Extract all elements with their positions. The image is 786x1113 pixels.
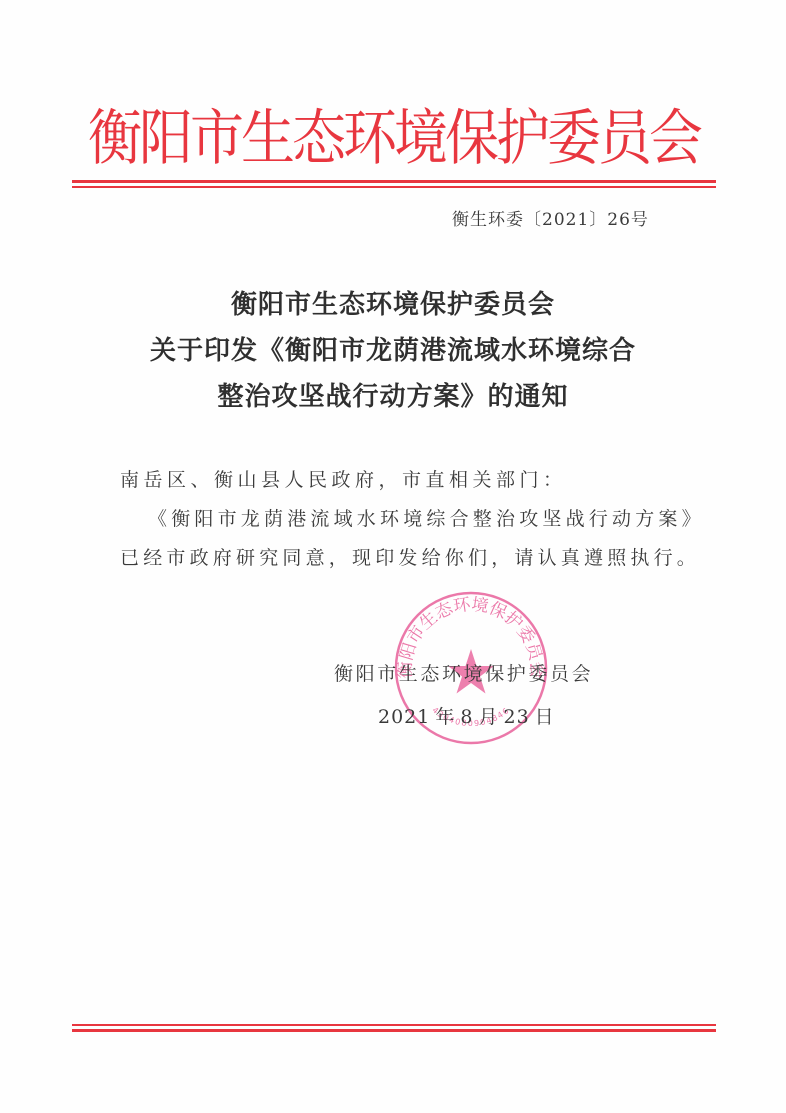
document-title-line-3: 整治攻坚战行动方案》的通知 <box>0 376 786 413</box>
document-title-line-1: 衡阳市生态环境保护委员会 <box>0 284 786 321</box>
footer-rule-thick <box>72 1029 716 1032</box>
masthead-rule-thin <box>72 186 716 188</box>
date-month: 8 <box>460 706 473 728</box>
date-month-unit: 月 <box>478 706 498 728</box>
date-year-unit: 年 <box>435 706 455 728</box>
document-number: 衡生环委〔2021〕26号 <box>452 205 722 230</box>
masthead-title: 衡阳市生态环境保护委员会 <box>72 98 716 179</box>
body-paragraph-line-1: 《衡阳市龙荫港流域水环境综合整治攻坚战行动方案》 <box>148 504 705 531</box>
date-year: 2021 <box>378 706 430 728</box>
body-paragraph-line-2: 已经市政府研究同意，现印发给你们，请认真遵照执行。 <box>120 543 700 570</box>
signer-organization: 衡阳市生态环境保护委员会 <box>334 659 593 686</box>
document-title-line-2: 关于印发《衡阳市龙荫港流域水环境综合 <box>0 330 786 367</box>
date-day: 23 <box>503 706 529 728</box>
footer-rule-thin <box>72 1024 716 1026</box>
addressee-line: 南岳区、衡山县人民政府，市直相关部门： <box>120 465 567 492</box>
date-day-unit: 日 <box>535 706 555 728</box>
document-page: 衡阳市生态环境保护委员会 衡生环委〔2021〕26号 衡阳市生态环境保护委员会 … <box>0 0 786 1113</box>
issue-date: 2021年8月23日 <box>378 702 560 729</box>
masthead-rule-thick <box>72 180 716 183</box>
